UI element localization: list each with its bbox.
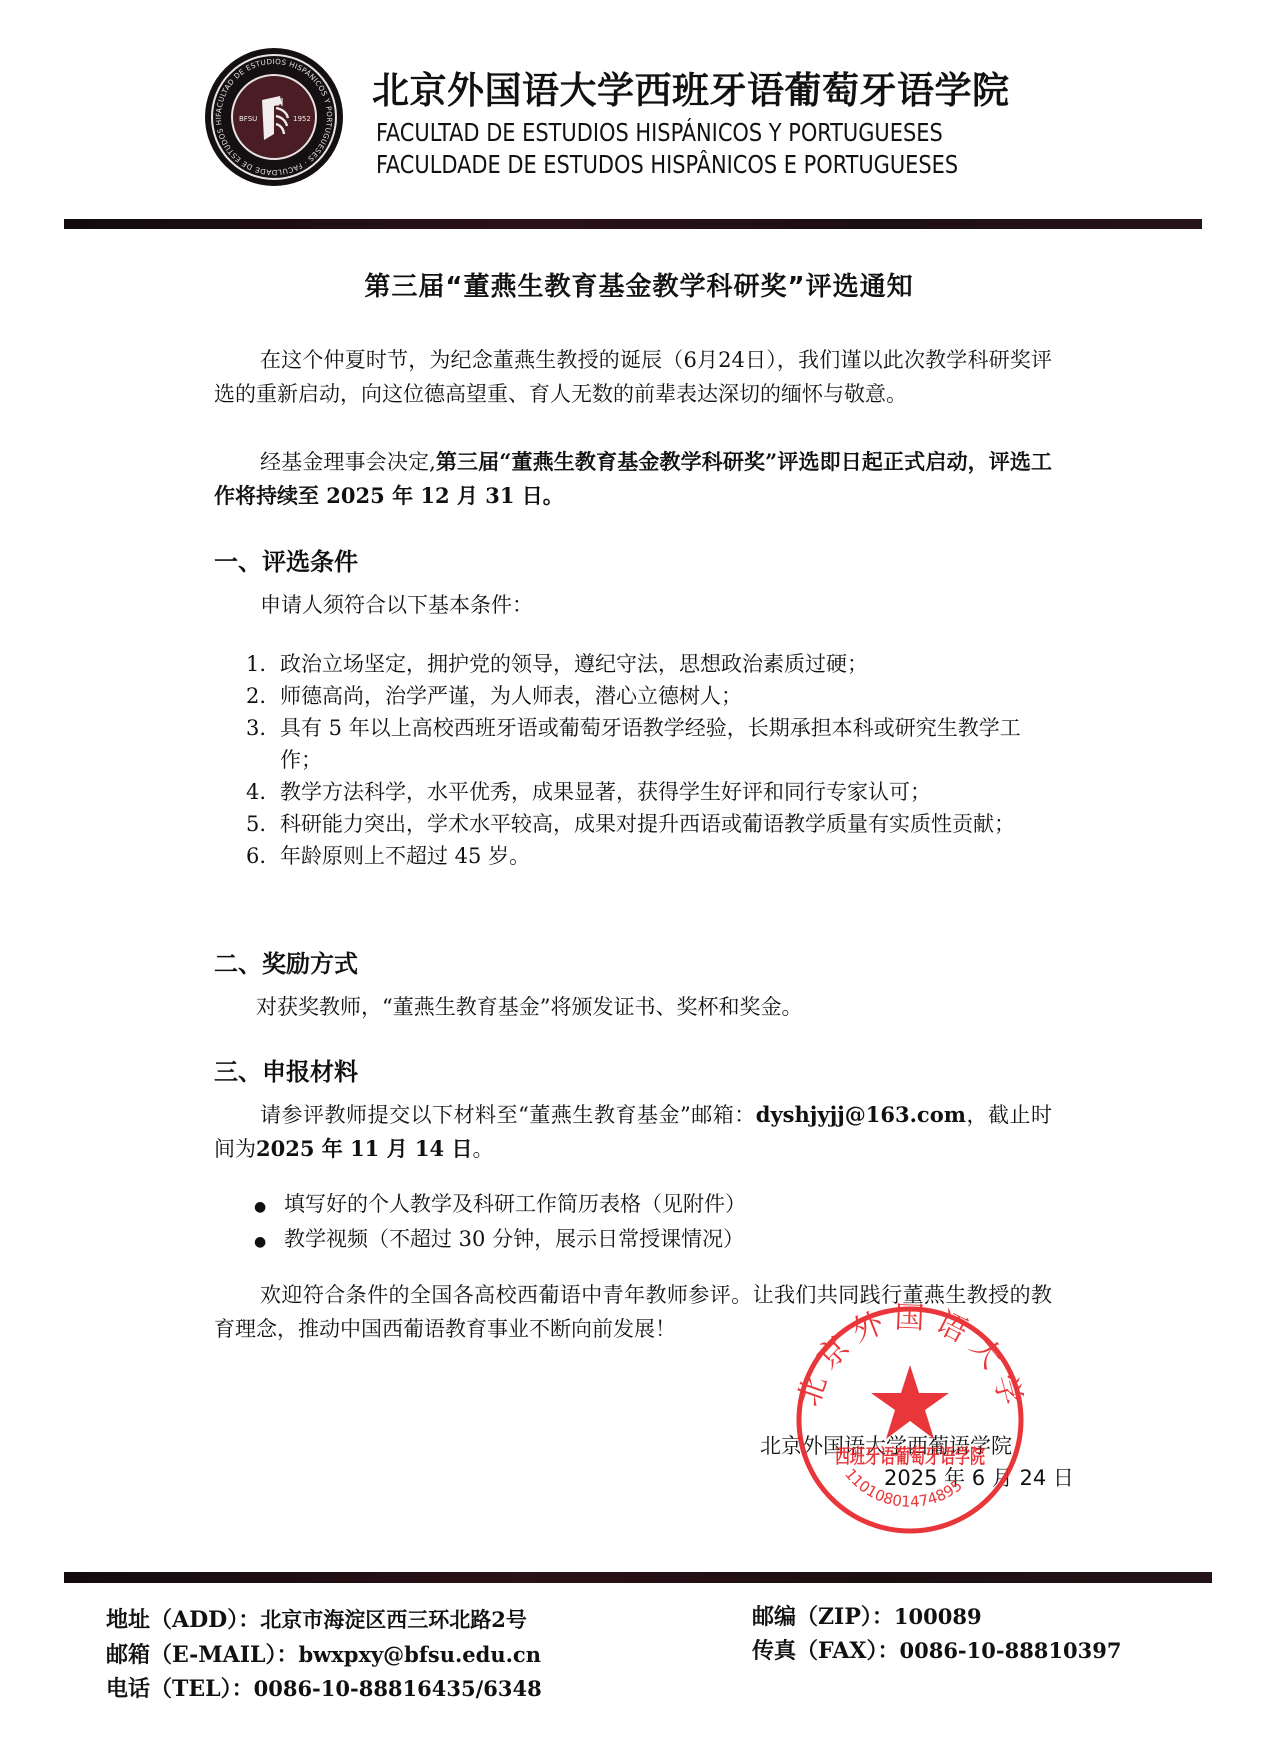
criteria-lead: 申请人须符合以下基本条件：: [260, 588, 1098, 622]
criteria-item: 3.具有 5 年以上高校西班牙语或葡萄牙语教学经验，长期承担本科或研究生教学工作…: [246, 712, 1046, 776]
svg-text:11010801474895: 11010801474895: [841, 1465, 965, 1511]
footer-address: 地址（ADD）：北京市海淀区西三环北路2号: [106, 1603, 527, 1634]
document-title: 第三届“董燕生教育基金教学科研奖”评选通知: [0, 266, 1278, 303]
materials-item: ●教学视频（不超过 30 分钟，展示日常授课情况）: [254, 1223, 746, 1258]
decision-paragraph: 经基金理事会决定,第三届“董燕生教育基金教学科研奖”评选即日起正式启动，评选工作…: [214, 445, 1052, 513]
criteria-item: 4.教学方法科学，水平优秀，成果显著，获得学生好评和同行专家认可；: [246, 776, 1046, 808]
criteria-item: 6.年龄原则上不超过 45 岁。: [246, 840, 1046, 872]
intro-paragraph: 在这个仲夏时节，为纪念董燕生教授的诞辰（6月24日），我们谨以此次教学科研奖评选…: [214, 343, 1052, 411]
footer-tel: 电话（TEL）：0086-10-88816435/6348: [106, 1672, 542, 1703]
submission-deadline: 2025 年 11 月 14 日: [256, 1136, 472, 1161]
submission-email[interactable]: dyshjyjj@163.com: [756, 1102, 966, 1127]
footer-divider: [64, 1572, 1212, 1583]
bullet-icon: ●: [254, 1191, 284, 1223]
section-heading-criteria: 一、评选条件: [214, 542, 358, 577]
section-heading-materials: 三、申报材料: [214, 1052, 358, 1087]
criteria-list: 1.政治立场坚定，拥护党的领导，遵纪守法，思想政治素质过硬； 2.师德高尚，治学…: [246, 648, 1046, 872]
bullet-icon: ●: [254, 1226, 284, 1258]
section-heading-rewards: 二、奖励方式: [214, 944, 358, 979]
faculty-name-portuguese: FACULDADE DE ESTUDOS HISPÂNICOS E PORTUG…: [376, 150, 958, 179]
official-seal-icon: 北京外国语大学 西班牙语葡萄牙语学院 11010801474895: [793, 1303, 1027, 1537]
materials-list: ●填写好的个人教学及科研工作简历表格（见附件） ●教学视频（不超过 30 分钟，…: [254, 1188, 746, 1258]
faculty-name-spanish: FACULTAD DE ESTUDIOS HISPÁNICOS Y PORTUG…: [376, 118, 943, 147]
footer-zip: 邮编（ZIP）：100089: [752, 1600, 982, 1631]
logo-emblem: BFSU 1952: [231, 74, 317, 160]
faculty-logo-icon: FACULTAD DE ESTUDIOS HISPÁNICOS Y PORTUG…: [205, 48, 343, 186]
logo-label-bfsu: BFSU: [239, 115, 257, 123]
header-divider: [64, 219, 1202, 229]
footer-email: 邮箱（E-MAIL）：bwxpxy@bfsu.edu.cn: [106, 1638, 541, 1669]
materials-item: ●填写好的个人教学及科研工作简历表格（见附件）: [254, 1188, 746, 1223]
logo-label-year: 1952: [293, 115, 311, 123]
criteria-item: 5.科研能力突出，学术水平较高，成果对提升西语或葡语教学质量有实质性贡献；: [246, 808, 1046, 840]
footer-fax: 传真（FAX）：0086-10-88810397: [752, 1634, 1121, 1665]
criteria-item: 1.政治立场坚定，拥护党的领导，遵纪守法，思想政治素质过硬；: [246, 648, 1046, 680]
ship-icon: [260, 94, 290, 142]
rewards-text: 对获奖教师，“董燕生教育基金”将颁发证书、奖杯和奖金。: [256, 990, 1094, 1024]
svg-text:西班牙语葡萄牙语学院: 西班牙语葡萄牙语学院: [835, 1444, 985, 1468]
faculty-name-chinese: 北京外国语大学西班牙语葡萄牙语学院: [372, 60, 1010, 114]
footer-email-link[interactable]: bwxpxy@bfsu.edu.cn: [299, 1642, 541, 1667]
criteria-item: 2.师德高尚，治学严谨，为人师表，潜心立德树人；: [246, 680, 1046, 712]
materials-paragraph: 请参评教师提交以下材料至“董燕生教育基金”邮箱：dyshjyjj@163.com…: [214, 1098, 1052, 1166]
